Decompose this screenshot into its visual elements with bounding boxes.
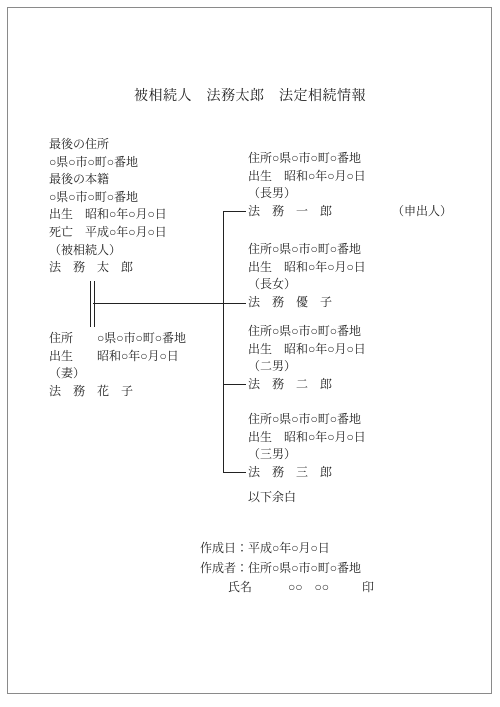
- remainder-blank-note: 以下余白: [248, 489, 296, 507]
- decedent-block: 最後の住所 ○県○市○町○番地 最後の本籍 ○県○市○町○番地 出生 昭和○年○…: [49, 136, 167, 277]
- heir-name-line: 法 務 優 子: [248, 294, 366, 312]
- applicant-note: （申出人）: [392, 203, 452, 221]
- creator-name-label: 氏名: [228, 580, 252, 594]
- heir-name-line: 法 務 三 郎: [248, 464, 366, 482]
- heir-name: 法 務 優 子: [248, 295, 332, 309]
- heir-block-third-son: 住所○県○市○町○番地 出生 昭和○年○月○日 （三男） 法 務 三 郎: [248, 411, 366, 481]
- heir-birth: 出生 昭和○年○月○日: [248, 168, 366, 186]
- decedent-last-domicile-label: 最後の本籍: [49, 171, 167, 189]
- spouse-address: 住所 ○県○市○町○番地: [49, 330, 186, 348]
- decedent-birth: 出生 昭和○年○月○日: [49, 206, 167, 224]
- decedent-last-domicile: ○県○市○町○番地: [49, 189, 167, 207]
- tick-first-son: [223, 211, 246, 212]
- spouse-block: 住所 ○県○市○町○番地 出生 昭和○年○月○日 （妻） 法 務 花 子: [49, 330, 186, 400]
- creator-signature-line: 氏名 ○○ ○○ 印: [228, 578, 374, 598]
- decedent-relation: （被相続人）: [49, 242, 167, 260]
- heir-block-second-son: 住所○県○市○町○番地 出生 昭和○年○月○日 （二男） 法 務 二 郎: [248, 323, 366, 393]
- decedent-last-address-label: 最後の住所: [49, 136, 167, 154]
- heir-name-line: 法 務 二 郎: [248, 376, 366, 394]
- heir-relation: （三男）: [248, 446, 366, 464]
- heir-relation: （二男）: [248, 358, 366, 376]
- heir-relation: （長男）: [248, 185, 366, 203]
- heir-birth: 出生 昭和○年○月○日: [248, 341, 366, 359]
- heir-address: 住所○県○市○町○番地: [248, 323, 366, 341]
- heir-birth: 出生 昭和○年○月○日: [248, 429, 366, 447]
- tick-second-son: [223, 384, 246, 385]
- decedent-death: 死亡 平成○年○月○日: [49, 224, 167, 242]
- spouse-name: 法 務 花 子: [49, 383, 186, 401]
- heir-name: 法 務 一 郎: [248, 204, 332, 218]
- decedent-name: 法 務 太 郎: [49, 259, 167, 277]
- heir-name-line: 法 務 一 郎 （申出人）: [248, 203, 366, 221]
- seal-mark: 印: [362, 580, 374, 594]
- creator-address: 作成者：住所○県○市○町○番地: [200, 559, 374, 579]
- creation-date: 作成日：平成○年○月○日: [200, 539, 374, 559]
- heir-block-first-daughter: 住所○県○市○町○番地 出生 昭和○年○月○日 （長女） 法 務 優 子: [248, 241, 366, 311]
- spouse-relation: （妻）: [49, 365, 186, 383]
- heir-address: 住所○県○市○町○番地: [248, 241, 366, 259]
- heir-block-first-son: 住所○県○市○町○番地 出生 昭和○年○月○日 （長男） 法 務 一 郎 （申出…: [248, 150, 366, 220]
- legal-heir-document-page: 被相続人 法務太郎 法定相続情報 最後の住所 ○県○市○町○番地 最後の本籍 ○…: [0, 0, 500, 707]
- heir-relation: （長女）: [248, 276, 366, 294]
- heir-address: 住所○県○市○町○番地: [248, 411, 366, 429]
- creation-footer: 作成日：平成○年○月○日 作成者：住所○県○市○町○番地 氏名 ○○ ○○ 印: [200, 539, 374, 598]
- document-title: 被相続人 法務太郎 法定相続情報: [0, 85, 500, 105]
- spouse-birth: 出生 昭和○年○月○日: [49, 348, 186, 366]
- heir-address: 住所○県○市○町○番地: [248, 150, 366, 168]
- heir-name: 法 務 二 郎: [248, 377, 332, 391]
- sibling-bracket-line: [223, 211, 224, 473]
- heir-birth: 出生 昭和○年○月○日: [248, 259, 366, 277]
- heir-name: 法 務 三 郎: [248, 465, 332, 479]
- tick-third-son: [223, 472, 246, 473]
- decedent-last-address: ○県○市○町○番地: [49, 154, 167, 172]
- creator-name-value: ○○ ○○: [288, 580, 329, 594]
